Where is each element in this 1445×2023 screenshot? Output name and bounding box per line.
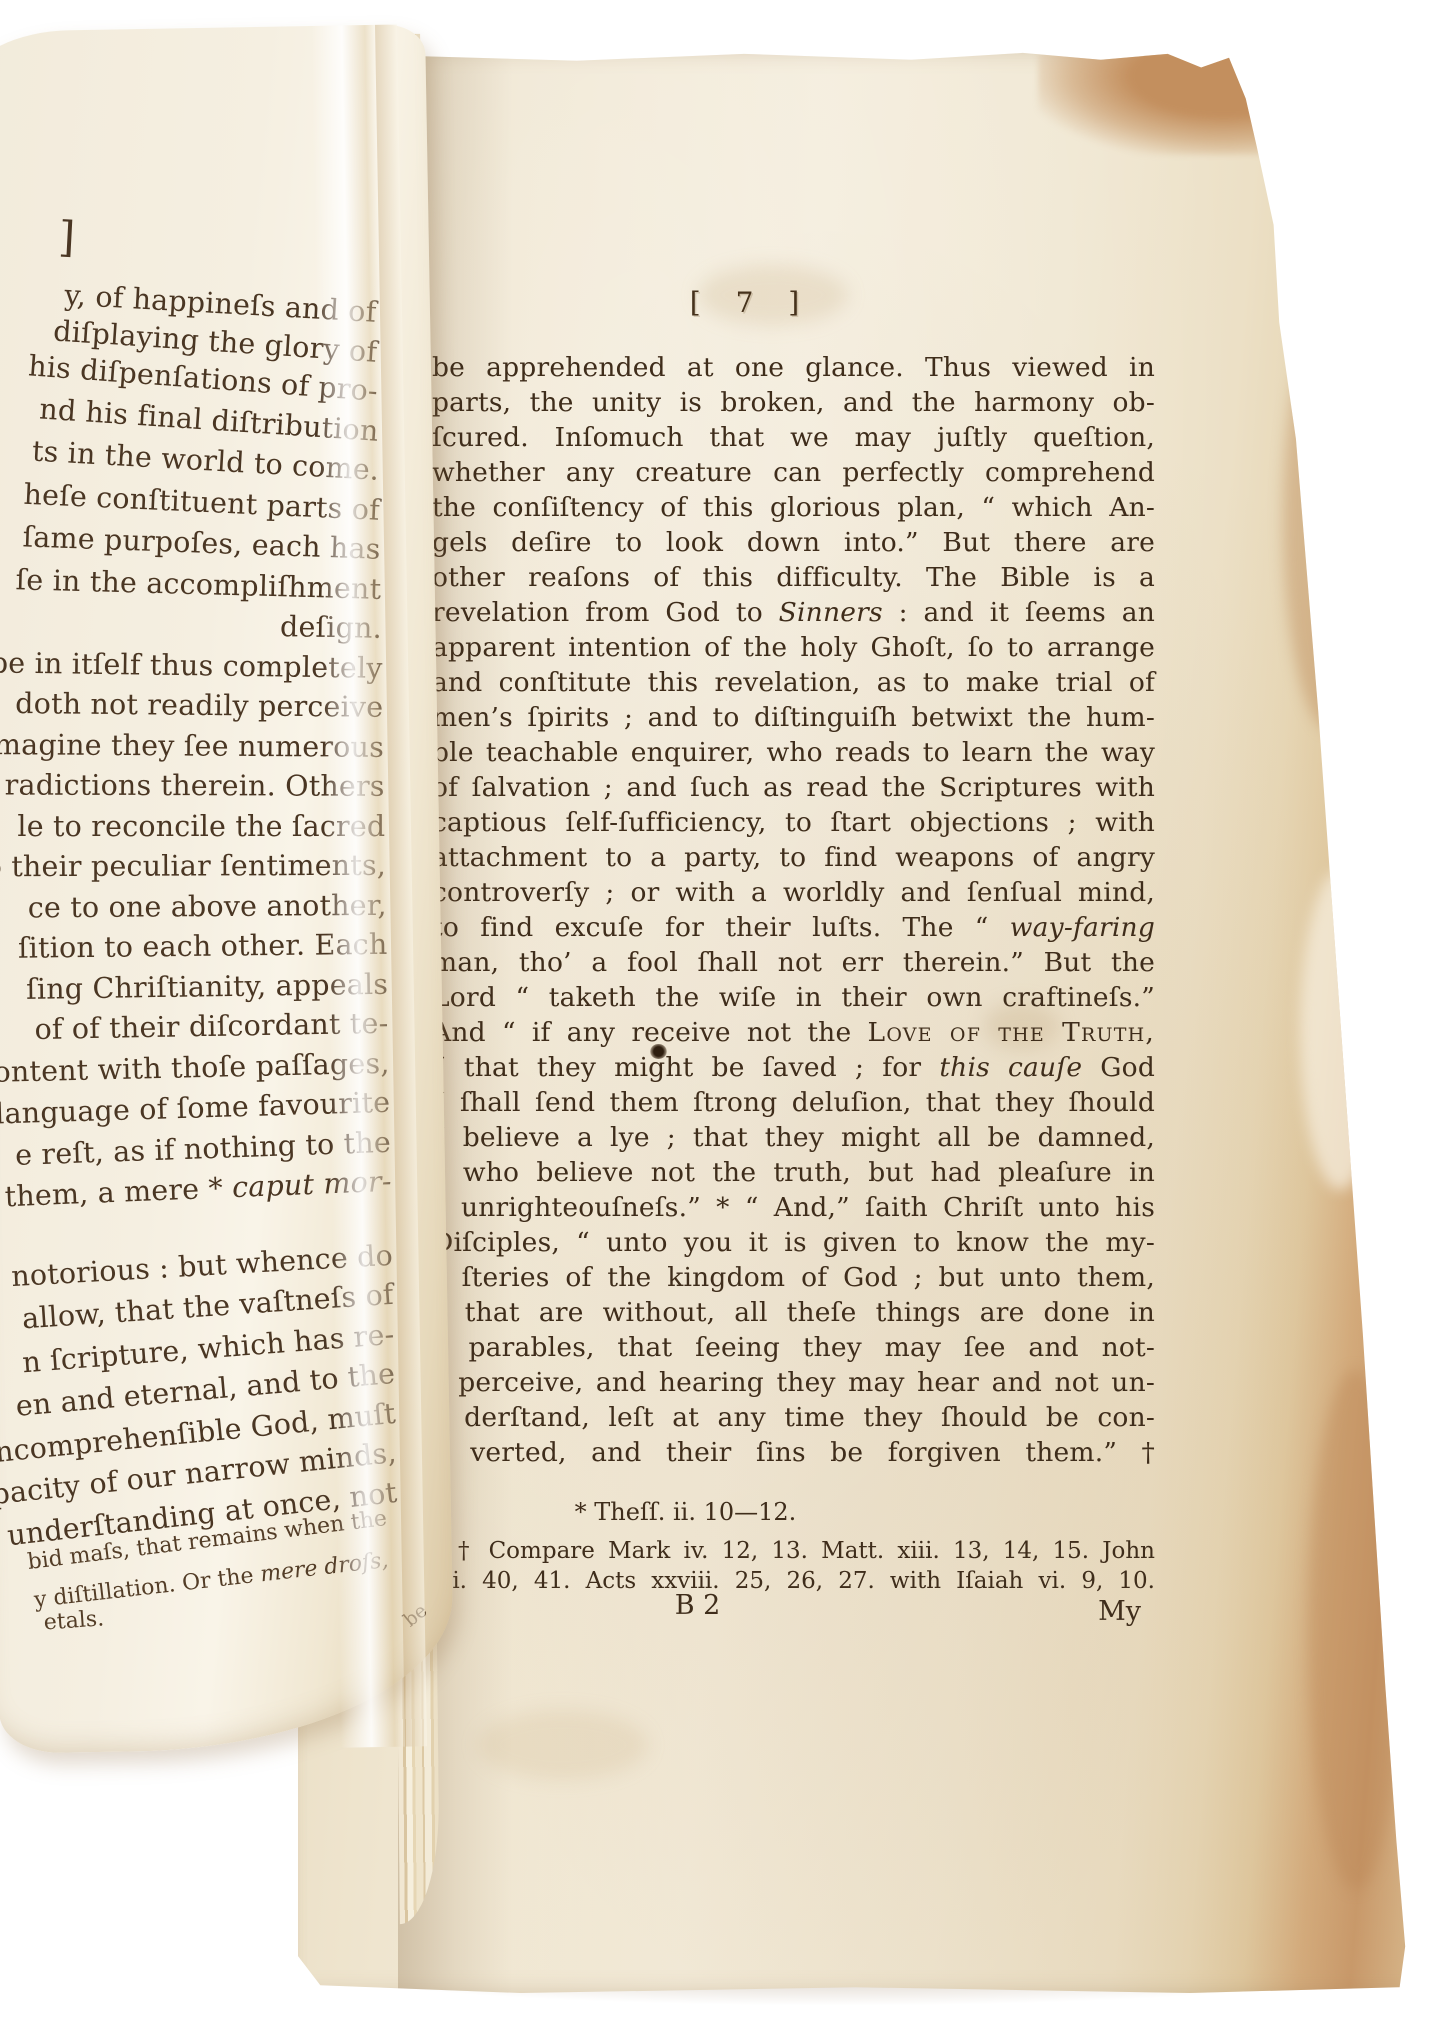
line-segment: God bbox=[1082, 1052, 1155, 1083]
body-line: And “ if any receive not the Love of the… bbox=[432, 1015, 1155, 1050]
body-line: “ ſteries of the kingdom of God ; but un… bbox=[432, 1260, 1155, 1295]
signature-row: B 2 My bbox=[432, 1590, 1155, 1634]
body-line: attachment to a party, to find weapons o… bbox=[432, 840, 1155, 875]
italic-word: this cauſe bbox=[939, 1052, 1082, 1083]
body-line: parts, the unity is broken, and the harm… bbox=[432, 385, 1155, 420]
body-line: revelation from God to Sinners : and it … bbox=[432, 595, 1155, 630]
left-page-number-bracket: ] bbox=[57, 212, 76, 262]
body-line: “ believe a lye ; that they might all be… bbox=[432, 1120, 1155, 1155]
body-line: controverſy ; or with a worldly and ſenſ… bbox=[432, 875, 1155, 910]
line-segment: : and it ſeems an bbox=[883, 597, 1155, 628]
body-line: whether any creature can perfectly compr… bbox=[432, 455, 1155, 490]
paper-stain bbox=[478, 1710, 648, 1780]
body-line: other reaſons of this difficulty. The Bi… bbox=[432, 560, 1155, 595]
body-line: Diſciples, “ unto you it is given to kno… bbox=[432, 1225, 1155, 1260]
body-line: to find excuſe for their luſts. The “ wa… bbox=[432, 910, 1155, 945]
footnote-dagger-line: † Compare Mark iv. 12, 13. Matt. xiii. 1… bbox=[432, 1536, 1155, 1566]
body-line: “ parables, that ſeeing they may ſee and… bbox=[432, 1330, 1155, 1365]
italic-word: way-faring bbox=[1010, 912, 1155, 943]
book-photo: [ 7 ] be apprehended at one glance. Thus… bbox=[0, 0, 1445, 2023]
small-caps-phrase: Love of the Truth, bbox=[868, 1017, 1155, 1048]
body-line: “ perceive, and hearing they may hear an… bbox=[432, 1365, 1155, 1400]
body-line: apparent intention of the holy Ghoſt, ſo… bbox=[432, 630, 1155, 665]
body-line: man, tho’ a fool ſhall not err therein.”… bbox=[432, 945, 1155, 980]
body-line: and conſtitute this revelation, as to ma… bbox=[432, 665, 1155, 700]
body-line: “ unrighteouſneſs.” * “ And,” ſaith Chri… bbox=[432, 1190, 1155, 1225]
body-line: “ derſtand, leſt at any time they ſhould… bbox=[432, 1400, 1155, 1435]
body-line: “ who believe not the truth, but had ple… bbox=[432, 1155, 1155, 1190]
body-line: ble teachable enquirer, who reads to lea… bbox=[432, 735, 1155, 770]
line-segment: them, a mere * bbox=[4, 1171, 233, 1213]
line-segment: “ that they might be ſaved ; for bbox=[432, 1052, 939, 1083]
body-line: men’s ſpirits ; and to diſtinguiſh betwi… bbox=[432, 700, 1155, 735]
line-segment: to find excuſe for their luſts. The “ bbox=[432, 912, 1010, 943]
right-page: [ 7 ] be apprehended at one glance. Thus… bbox=[298, 50, 1413, 1995]
body-line: Lord “ taketh the wiſe in their own craf… bbox=[432, 980, 1155, 1015]
body-text: be apprehended at one glance. Thus viewe… bbox=[432, 350, 1155, 1470]
catchword: My bbox=[1098, 1596, 1141, 1627]
fore-edge-blotch bbox=[1308, 1370, 1403, 1890]
body-line: “ verted, and their ſins be forgiven the… bbox=[432, 1435, 1155, 1470]
body-line: the conſiſtency of this glorious plan, “… bbox=[432, 490, 1155, 525]
fore-edge-blotch bbox=[1283, 310, 1378, 730]
body-line: captious ſelf-ſufficiency, to ſtart obje… bbox=[432, 805, 1155, 840]
body-line: “ that are without, all theſe things are… bbox=[432, 1295, 1155, 1330]
body-line: be apprehended at one glance. Thus viewe… bbox=[432, 350, 1155, 385]
body-line: of ſalvation ; and ſuch as read the Scri… bbox=[432, 770, 1155, 805]
footnote-line: etals. bbox=[43, 1606, 105, 1635]
line-segment: And “ if any receive not the bbox=[432, 1017, 868, 1048]
body-line: “ ſhall ſend them ſtrong deluſion, that … bbox=[432, 1085, 1155, 1120]
page-number: [ 7 ] bbox=[387, 286, 1110, 319]
body-line: gels deſire to look down into.” But ther… bbox=[432, 525, 1155, 560]
left-page: ] y, of happineſs and of diſplaying the … bbox=[0, 24, 455, 1754]
body-line: “ that they might be ſaved ; for this ca… bbox=[432, 1050, 1155, 1085]
fore-edge-worn-spot bbox=[1300, 870, 1380, 1190]
deckle-corner bbox=[1038, 50, 1348, 155]
italic-word: Sinners bbox=[779, 597, 883, 628]
body-line: ſcured. Inſomuch that we may juſtly queſ… bbox=[432, 420, 1155, 455]
line-segment: revelation from God to bbox=[432, 597, 779, 628]
